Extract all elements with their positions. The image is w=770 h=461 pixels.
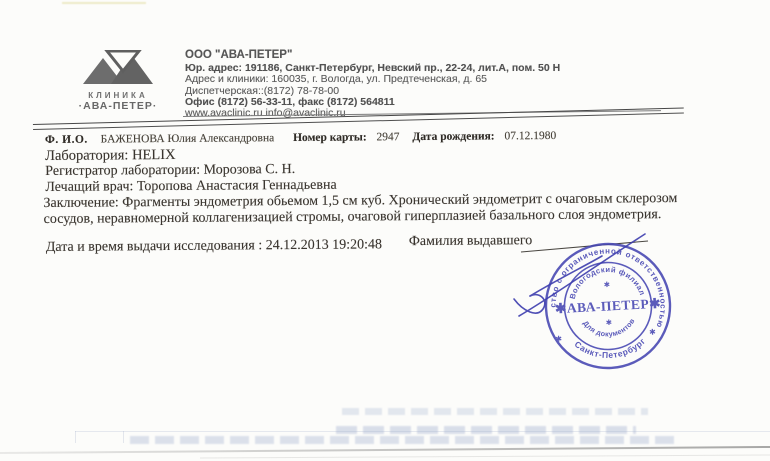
bleed-through-table-line [75, 431, 770, 432]
stamp-star-top: ✱ [603, 280, 610, 289]
stamp-star-bottom: ✱ [605, 318, 612, 327]
stamp-center-text: ✱АВА-ПЕТЕР✱ [555, 296, 662, 317]
bleed-through-line [336, 426, 636, 434]
bleed-through-table-tick [123, 431, 124, 443]
round-stamp: Общество с ограниченной ответственностью… [505, 228, 673, 374]
fio-label: Ф. И.О. [45, 134, 88, 146]
patient-info-row: Ф. И.О. БАЖЕНОВА Юлия Александровна Номе… [45, 130, 556, 146]
stamp-star-left: ✱ [555, 334, 562, 343]
stamp-and-signature: Общество с ограниченной ответственностью… [505, 228, 695, 384]
bleed-through-line [342, 408, 648, 415]
card-number-value: 2947 [376, 131, 399, 143]
issue-datetime-line: Дата и время выдачи исследования : 24.12… [46, 237, 382, 256]
patient-name: БАЖЕНОВА Юлия Александровна [101, 132, 275, 145]
conclusion-text: Заключение: Фрагменты эндометрия обьемом… [43, 191, 719, 227]
bleed-through-table-tick [75, 431, 76, 443]
birth-date-value: 07.12.1980 [504, 130, 556, 142]
stamp-star-right: ✱ [649, 328, 656, 337]
birth-date-label: Дата рождения: [412, 130, 494, 143]
bleed-through-line [130, 436, 675, 444]
registrar-line: Регистратор лаборатории: Морозова С. Н. [45, 162, 295, 180]
scanned-medical-report: КЛИНИКА ·АВА-ПЕТЕР· ООО "АВА-ПЕТЕР" Юр. … [0, 0, 770, 461]
card-number-label: Номер карты: [293, 131, 367, 144]
